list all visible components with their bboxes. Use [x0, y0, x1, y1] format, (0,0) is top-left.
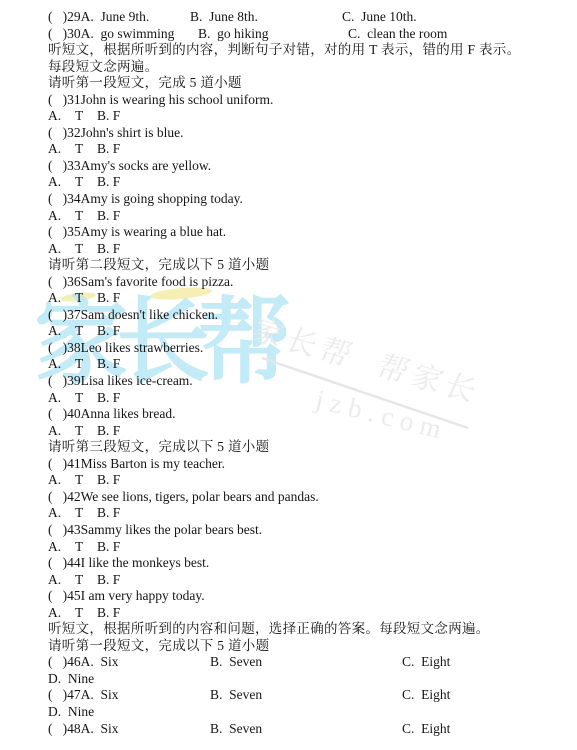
tf-option-b-false: B. F — [97, 539, 120, 556]
option-d: D. Nine — [48, 704, 94, 721]
question-number-and-option-a: ( )30A. go swimming — [48, 26, 174, 43]
line-question-31: ( )31John is wearing his school uniform. — [48, 92, 571, 109]
tf-option-a-label: A. — [48, 390, 61, 407]
option-b: B. go hiking — [198, 26, 269, 43]
instruction-text: 每段短文念两遍。 — [48, 59, 158, 76]
tf-true-value: T — [75, 290, 83, 307]
tf-option-b-false: B. F — [97, 108, 120, 125]
tf-option-a-label: A. — [48, 174, 61, 191]
line-question-42: ( )42We see lions, tigers, polar bears a… — [48, 489, 571, 506]
line-question-47: ( )47A. SixB. SevenC. Eight — [48, 687, 571, 704]
question-text: ( )38Leo likes strawberries. — [48, 340, 203, 357]
tf-true-value: T — [75, 539, 83, 556]
tf-option-b-false: B. F — [97, 423, 120, 440]
instruction-text: 听短文，根据所听到的内容和问题，选择正确的答案。每段短文念两遍。 — [48, 621, 490, 638]
question-text: ( )33Amy's socks are yellow. — [48, 158, 211, 175]
tf-option-b-false: B. F — [97, 174, 120, 191]
tf-option-b-false: B. F — [97, 605, 120, 622]
tf-true-value: T — [75, 356, 83, 373]
option-c: C. June 10th. — [342, 9, 417, 26]
tf-option-a-label: A. — [48, 141, 61, 158]
option-c: C. clean the room — [348, 26, 447, 43]
line-tf: A.TB. F — [48, 241, 571, 258]
question-text: ( )39Lisa likes ice-cream. — [48, 373, 193, 390]
exam-paper-page: 家长帮 家长帮 帮家长 jzb.com ( )29A. June 9th.B. … — [0, 0, 577, 750]
instruction-text: 请听第二段短文，完成以下 5 道小题 — [48, 257, 269, 274]
tf-true-value: T — [75, 605, 83, 622]
tf-true-value: T — [75, 572, 83, 589]
instruction-text: 请听第一段短文，完成 5 道小题 — [48, 75, 242, 92]
line-question-39: ( )39Lisa likes ice-cream. — [48, 373, 571, 390]
line-question-36: ( )36Sam's favorite food is pizza. — [48, 274, 571, 291]
tf-true-value: T — [75, 390, 83, 407]
tf-option-b-false: B. F — [97, 141, 120, 158]
option-c: C. Eight — [402, 687, 450, 704]
question-text: ( )44I like the monkeys best. — [48, 555, 209, 572]
line-tf: A.TB. F — [48, 290, 571, 307]
line-question-48: ( )48A. SixB. SevenC. Eight — [48, 721, 571, 738]
line-tf: A.TB. F — [48, 323, 571, 340]
question-text: ( )32John's shirt is blue. — [48, 125, 184, 142]
tf-option-a-label: A. — [48, 323, 61, 340]
instruction-text: 听短文，根据所听到的内容，判断句子对错，对的用 T 表示，错的用 F 表示。 — [48, 42, 520, 59]
tf-option-b-false: B. F — [97, 505, 120, 522]
line-tf: A.TB. F — [48, 423, 571, 440]
tf-true-value: T — [75, 141, 83, 158]
tf-true-value: T — [75, 323, 83, 340]
option-d: D. Nine — [48, 671, 94, 688]
question-text: ( )35Amy is wearing a blue hat. — [48, 224, 226, 241]
line-tf: A.TB. F — [48, 390, 571, 407]
tf-option-a-label: A. — [48, 572, 61, 589]
line-tf: A.TB. F — [48, 605, 571, 622]
question-number-and-option-a: ( )29A. June 9th. — [48, 9, 149, 26]
tf-option-a-label: A. — [48, 539, 61, 556]
tf-option-b-false: B. F — [97, 241, 120, 258]
line-question-38: ( )38Leo likes strawberries. — [48, 340, 571, 357]
tf-option-a-label: A. — [48, 505, 61, 522]
line-tf: A.TB. F — [48, 505, 571, 522]
tf-option-b-false: B. F — [97, 356, 120, 373]
line-tf: A.TB. F — [48, 108, 571, 125]
line-cn: 请听第一段短文，完成以下 5 道小题 — [48, 638, 571, 655]
tf-option-b-false: B. F — [97, 472, 120, 489]
line-cn: 请听第一段短文，完成 5 道小题 — [48, 75, 571, 92]
line-d: D. Nine — [48, 704, 571, 721]
line-question-32: ( )32John's shirt is blue. — [48, 125, 571, 142]
question-text: ( )36Sam's favorite food is pizza. — [48, 274, 233, 291]
line-tf: A.TB. F — [48, 539, 571, 556]
option-c: C. Eight — [402, 654, 450, 671]
tf-option-a-label: A. — [48, 472, 61, 489]
question-text: ( )45I am very happy today. — [48, 588, 205, 605]
question-text: ( )42We see lions, tigers, polar bears a… — [48, 489, 319, 506]
instruction-text: 请听第一段短文，完成以下 5 道小题 — [48, 638, 269, 655]
tf-true-value: T — [75, 423, 83, 440]
exam-lines: ( )29A. June 9th.B. June 8th.C. June 10t… — [48, 9, 571, 737]
line-tf: A.TB. F — [48, 174, 571, 191]
question-number-and-option-a: ( )47A. Six — [48, 687, 119, 704]
line-tf: A.TB. F — [48, 141, 571, 158]
line-question-35: ( )35Amy is wearing a blue hat. — [48, 224, 571, 241]
option-c: C. Eight — [402, 721, 450, 738]
line-tf: A.TB. F — [48, 208, 571, 225]
line-cn: 请听第二段短文，完成以下 5 道小题 — [48, 257, 571, 274]
line-question-33: ( )33Amy's socks are yellow. — [48, 158, 571, 175]
option-b: B. Seven — [210, 687, 262, 704]
question-number-and-option-a: ( )46A. Six — [48, 654, 119, 671]
line-question-29: ( )29A. June 9th.B. June 8th.C. June 10t… — [48, 9, 571, 26]
tf-option-b-false: B. F — [97, 572, 120, 589]
line-d: D. Nine — [48, 671, 571, 688]
option-b: B. Seven — [210, 654, 262, 671]
tf-option-a-label: A. — [48, 290, 61, 307]
tf-option-b-false: B. F — [97, 290, 120, 307]
line-question-41: ( )41Miss Barton is my teacher. — [48, 456, 571, 473]
tf-true-value: T — [75, 208, 83, 225]
tf-option-b-false: B. F — [97, 323, 120, 340]
tf-true-value: T — [75, 108, 83, 125]
tf-true-value: T — [75, 505, 83, 522]
line-question-46: ( )46A. SixB. SevenC. Eight — [48, 654, 571, 671]
option-b: B. Seven — [210, 721, 262, 738]
line-question-43: ( )43Sammy likes the polar bears best. — [48, 522, 571, 539]
line-question-37: ( )37Sam doesn't like chicken. — [48, 307, 571, 324]
tf-option-a-label: A. — [48, 108, 61, 125]
tf-true-value: T — [75, 241, 83, 258]
tf-option-a-label: A. — [48, 208, 61, 225]
line-tf: A.TB. F — [48, 472, 571, 489]
line-question-45: ( )45I am very happy today. — [48, 588, 571, 605]
tf-option-a-label: A. — [48, 423, 61, 440]
question-text: ( )40Anna likes bread. — [48, 406, 175, 423]
tf-option-a-label: A. — [48, 241, 61, 258]
line-cn: 每段短文念两遍。 — [48, 59, 571, 76]
line-cn: 听短文，根据所听到的内容和问题，选择正确的答案。每段短文念两遍。 — [48, 621, 571, 638]
tf-true-value: T — [75, 472, 83, 489]
line-question-44: ( )44I like the monkeys best. — [48, 555, 571, 572]
question-text: ( )41Miss Barton is my teacher. — [48, 456, 225, 473]
line-cn: 听短文，根据所听到的内容，判断句子对错，对的用 T 表示，错的用 F 表示。 — [48, 42, 571, 59]
tf-option-b-false: B. F — [97, 208, 120, 225]
question-text: ( )31John is wearing his school uniform. — [48, 92, 273, 109]
line-tf: A.TB. F — [48, 572, 571, 589]
line-question-34: ( )34Amy is going shopping today. — [48, 191, 571, 208]
option-b: B. June 8th. — [190, 9, 258, 26]
tf-option-a-label: A. — [48, 605, 61, 622]
question-number-and-option-a: ( )48A. Six — [48, 721, 119, 738]
question-text: ( )43Sammy likes the polar bears best. — [48, 522, 262, 539]
line-question-30: ( )30A. go swimmingB. go hikingC. clean … — [48, 26, 571, 43]
tf-option-a-label: A. — [48, 356, 61, 373]
line-cn: 请听第三段短文，完成以下 5 道小题 — [48, 439, 571, 456]
line-question-40: ( )40Anna likes bread. — [48, 406, 571, 423]
question-text: ( )37Sam doesn't like chicken. — [48, 307, 218, 324]
tf-option-b-false: B. F — [97, 390, 120, 407]
question-text: ( )34Amy is going shopping today. — [48, 191, 243, 208]
tf-true-value: T — [75, 174, 83, 191]
instruction-text: 请听第三段短文，完成以下 5 道小题 — [48, 439, 269, 456]
line-tf: A.TB. F — [48, 356, 571, 373]
